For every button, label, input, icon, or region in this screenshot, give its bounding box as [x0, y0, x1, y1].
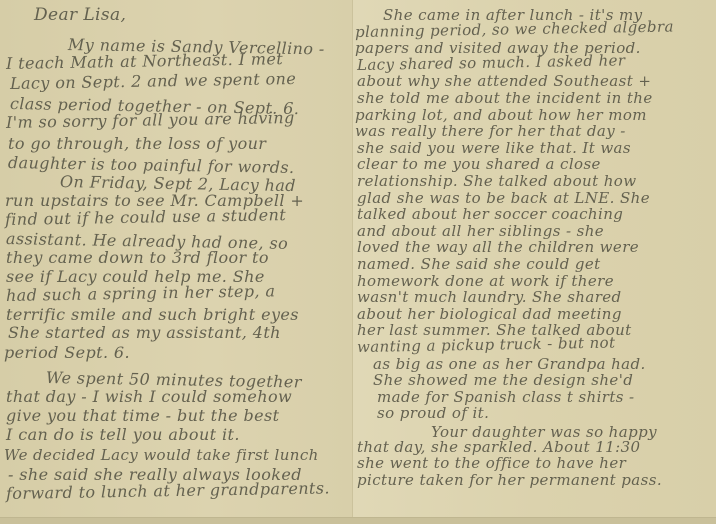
letter-line: period Sept. 6.	[4, 343, 130, 362]
letter-line: she said you were like that. It was	[357, 139, 631, 157]
letter-line: that day - I wish I could somehow	[6, 387, 292, 406]
letter-line: so proud of it.	[377, 404, 489, 422]
letter-line: she told me about the incident in the	[357, 89, 653, 107]
letter-line: about why she attended Southeast +	[357, 72, 651, 90]
letter-line: Lacy on Sept. 2 and we spent one	[10, 69, 296, 93]
letter-line: Lacy shared so much. I asked her	[357, 51, 626, 74]
letter-line: We decided Lacy would take first lunch	[4, 446, 319, 464]
letter-line: I can do is tell you about it.	[6, 425, 240, 444]
letter-line: She showed me the design she'd	[373, 371, 633, 389]
letter-line: parking lot, and about how her mom	[355, 106, 647, 124]
right-page: She came in after lunch - it's my planni…	[352, 0, 716, 518]
letter-line: as big as one as her Grandpa had.	[373, 355, 646, 373]
letter-line: homework done at work if there	[357, 272, 614, 290]
letter-line: had such a spring in her step, a	[6, 281, 276, 305]
letter-line: talked about her soccer coaching	[357, 205, 623, 223]
scanned-letter: Dear Lisa, My name is Sandy Vercellino -…	[0, 0, 716, 524]
letter-line: that day, she sparkled. About 11:30	[357, 438, 640, 456]
letter-line: give you that time - but the best	[6, 406, 279, 425]
letter-line: clear to me you shared a close	[357, 155, 601, 173]
letter-line: find out if he could use a student	[5, 205, 286, 229]
letter-line: glad she was to be back at LNE. She	[357, 189, 650, 207]
letter-line: terrific smile and such bright eyes	[6, 305, 299, 324]
letter-line: named. She said she could get	[357, 255, 601, 273]
letter-line: She started as my assistant, 4th	[8, 323, 281, 342]
letter-line: and about all her siblings - she	[357, 222, 604, 240]
letter-line: to go through, the loss of your	[8, 134, 266, 153]
letter-line: picture taken for her permanent pass.	[357, 471, 662, 489]
letter-line: about her biological dad meeting	[357, 305, 622, 323]
letter-line: relationship. She talked about how	[357, 172, 636, 190]
letter-line: loved the way all the children were	[357, 238, 639, 256]
letter-line: they came down to 3rd floor to	[6, 248, 269, 267]
page-bottom-edge	[0, 517, 716, 524]
letter-line: made for Spanish class t shirts -	[377, 388, 635, 406]
letter-line: wasn't much laundry. She shared	[357, 288, 622, 306]
letter-line: wanting a pickup truck - but not	[357, 333, 616, 356]
letter-line: she went to the office to have her	[357, 454, 626, 472]
letter-line: I'm so sorry for all you are having	[6, 108, 295, 132]
salutation: Dear Lisa,	[34, 5, 126, 25]
left-page: Dear Lisa, My name is Sandy Vercellino -…	[0, 0, 352, 518]
letter-line: was really there for her that day -	[355, 122, 626, 140]
